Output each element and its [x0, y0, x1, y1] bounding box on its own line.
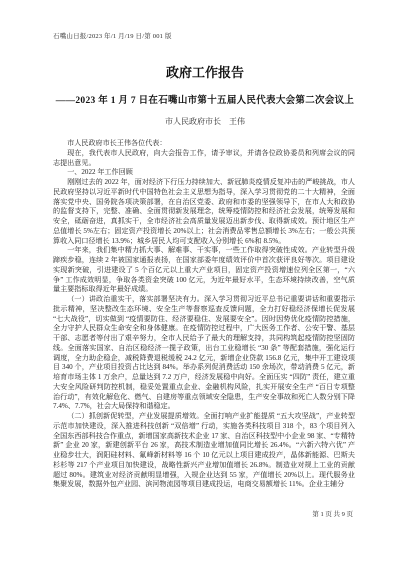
paragraph-item-two: （二）抓创新促转型，产业发展提质增效。全面打响产业扩能提质 “五大攻坚战”，产业… — [53, 412, 355, 490]
paragraph-intro: 现在，我代表市人民政府，向大会报告工作，请予审议，并请各位政协委员和列席会议的同… — [53, 149, 355, 169]
paragraph-overview: 刚刚过去的 2022 年，面对经济下行压力持续加大、新冠肺炎疫情反复冲击的严峻挑… — [53, 178, 355, 246]
paragraph-achievements: 一年来，我们集中精力抓大事、解难事、干实事，一些工作取得突破性成效。产业转型升级… — [53, 246, 355, 295]
paragraph-salutation: 市人民政府市长王伟各位代表： — [53, 139, 355, 149]
page-number: 第 1 页 共 9 页 — [312, 509, 353, 518]
newspaper-report-page: 石嘴山日报/2023 年/1 月/19 日/第 001 版 政府工作报告 ——2… — [0, 0, 410, 580]
paragraph-section-heading: 一、2022 年工作回顾 — [53, 168, 355, 178]
report-subtitle: ——2023 年 1 月 7 日在石嘴山市第十五届人民代表大会第二次会议上 — [0, 92, 410, 106]
report-speaker: 市人民政府市长 王伟 — [0, 116, 410, 127]
paragraph-item-one: （一）讲政治重实干，落实部署坚决有力。深入学习贯彻习近平总书记重要讲话和重要指示… — [53, 295, 355, 412]
report-title: 政府工作报告 — [0, 62, 410, 81]
masthead-source-line: 石嘴山日报/2023 年/1 月/19 日/第 001 版 — [53, 31, 172, 40]
report-body: 市人民政府市长王伟各位代表： 现在，我代表市人民政府，向大会报告工作，请予审议，… — [53, 139, 355, 490]
